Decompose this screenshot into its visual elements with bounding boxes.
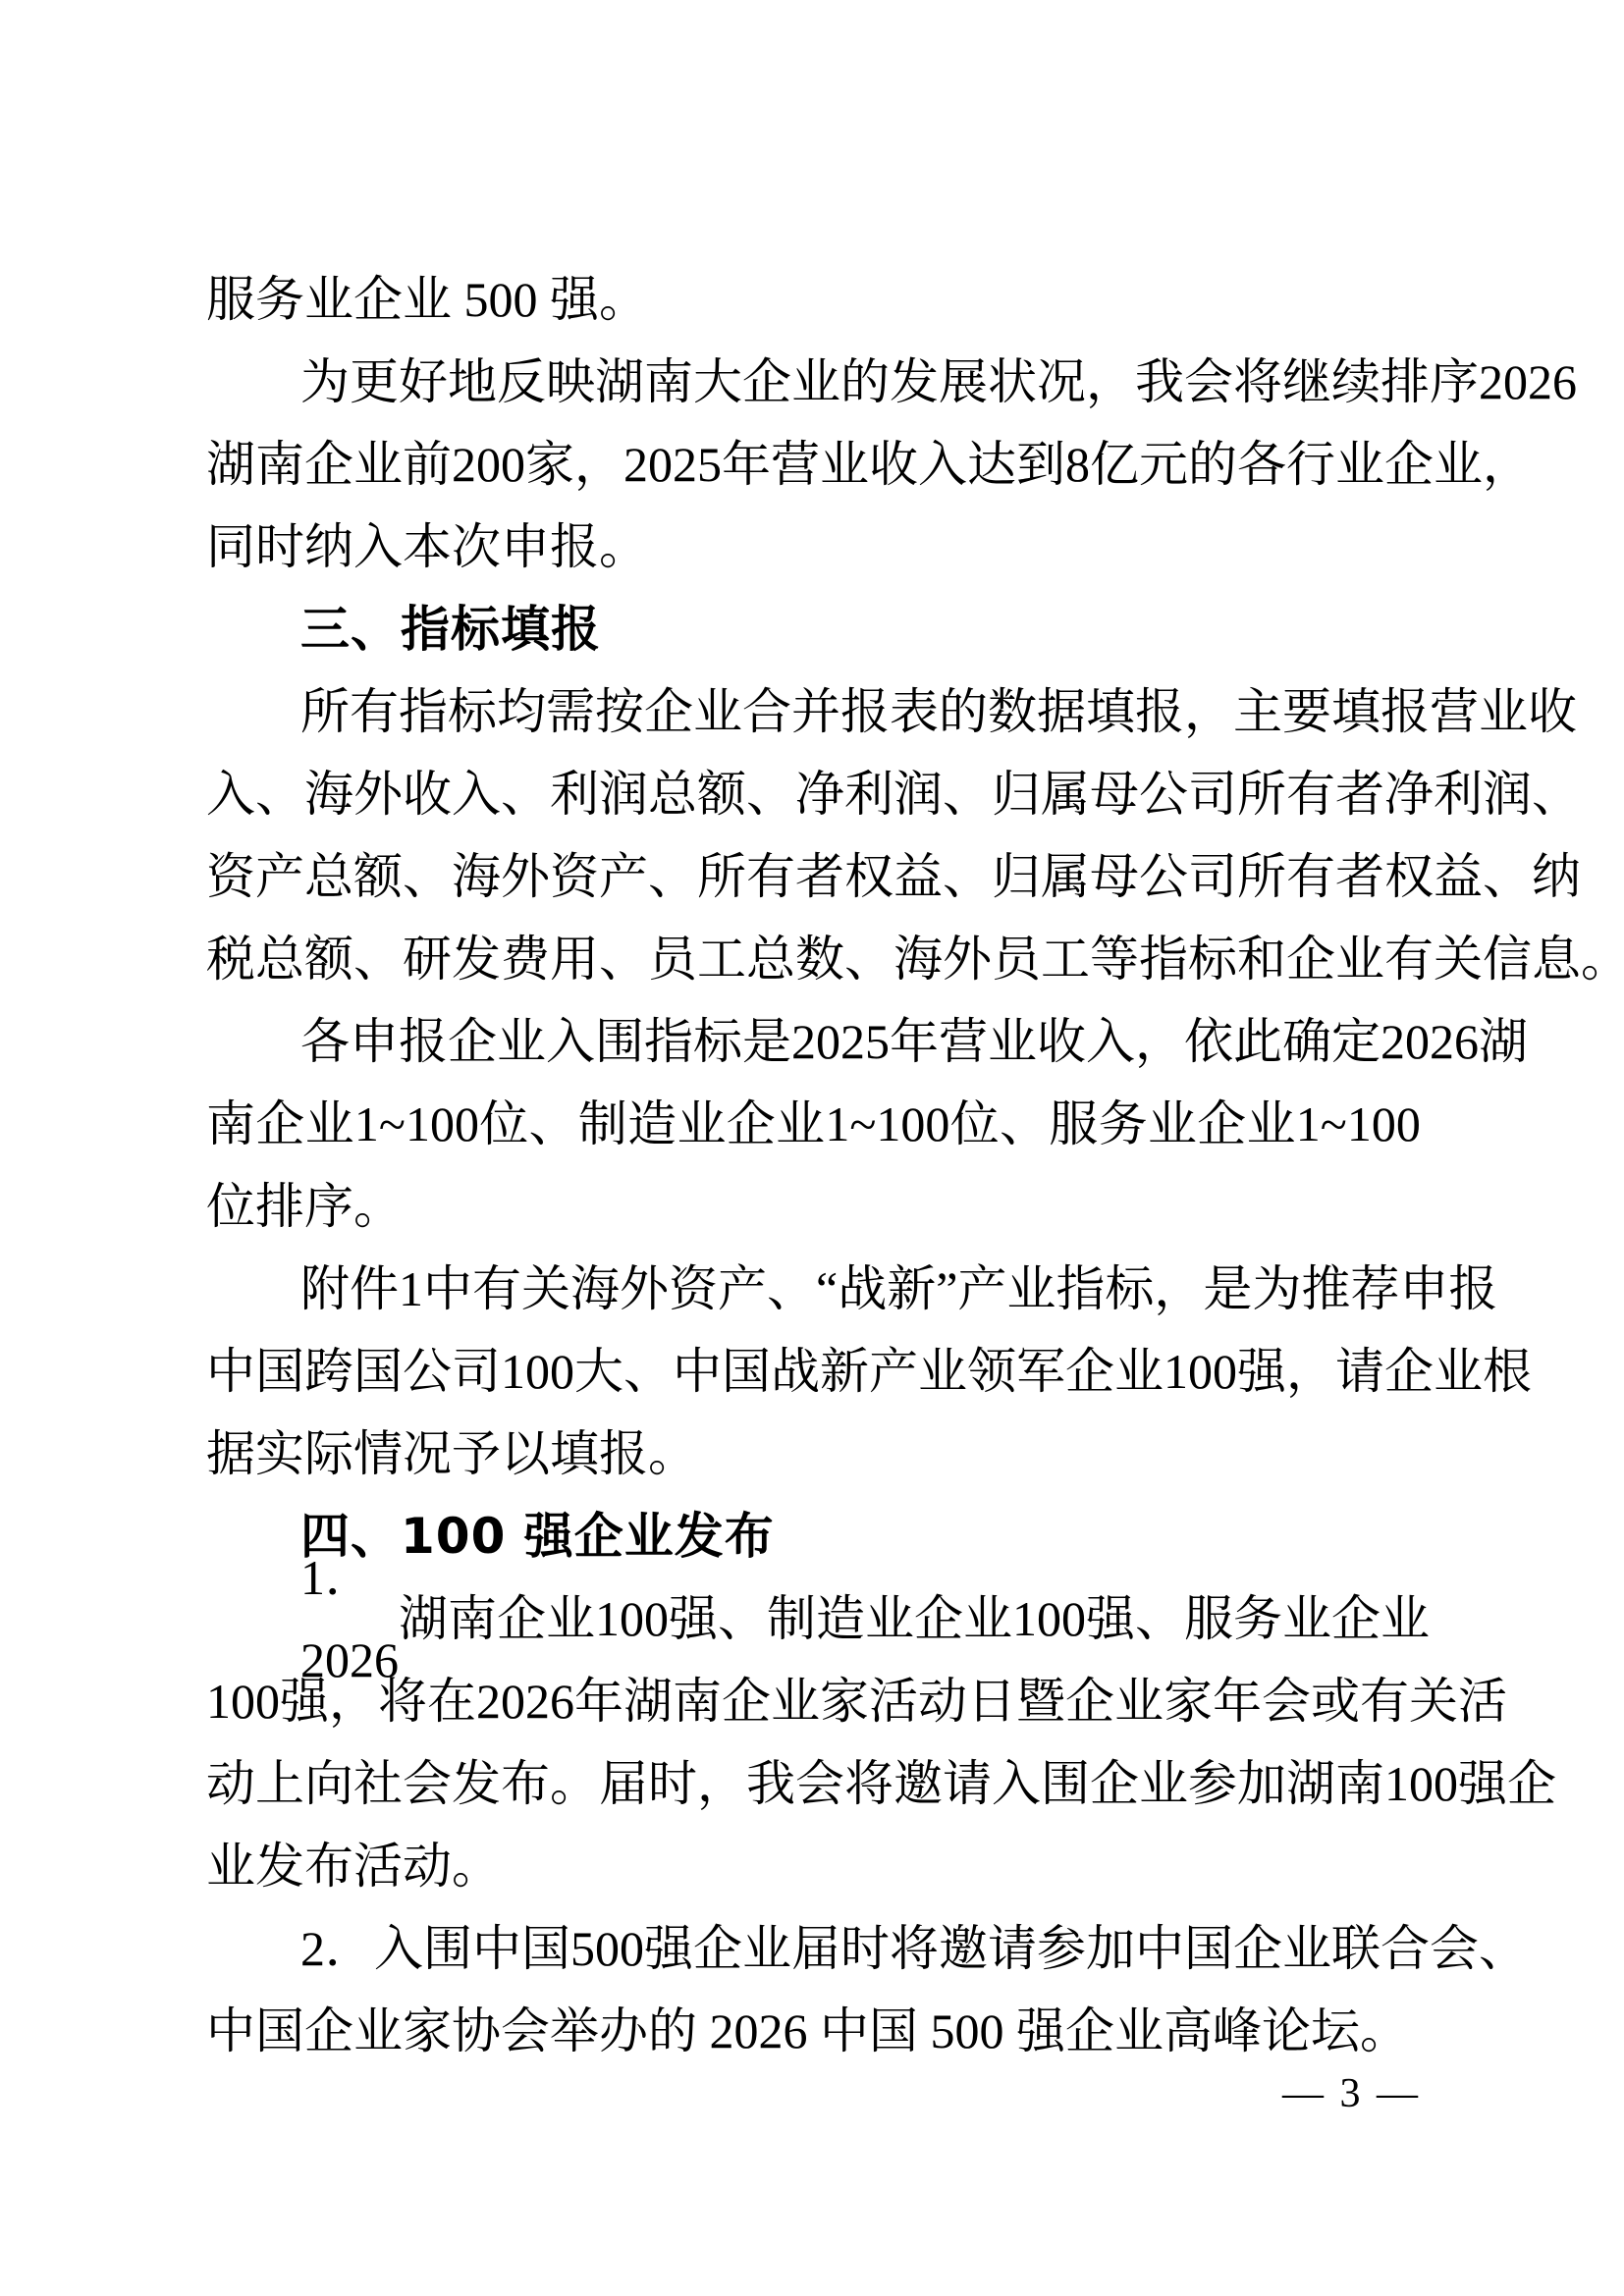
paragraph: 2．入围中国500强企业届时将邀请参加中国企业联合会、中国企业家协会举办的 20… [206,1907,1421,2072]
page-number: — 3 — [1282,2066,1421,2121]
text-line: 同时纳入本次申报。 [206,506,1421,588]
text-line: 所有指标均需按企业合并报表的数据填报，主要填报营业收 [206,670,1421,753]
text-line: 各申报企业入围指标是2025年营业收入，依此确定2026湖 [206,1000,1421,1083]
text-line: 2．入围中国500强企业届时将邀请参加中国企业联合会、 [206,1907,1421,1990]
paragraph: 为更好地反映湖南大企业的发展状况，我会将继续排序2026湖南企业前200家，20… [206,341,1421,588]
text-line: 业发布活动。 [206,1825,1421,1907]
text-line: 湖南企业前200家，2025年营业收入达到8亿元的各行业企业， [206,423,1421,506]
text-line: 服务业企业 500 强。 [206,258,1421,341]
paragraph: 1．2026湖南企业100强、制造业企业100强、服务业企业100强，将在202… [206,1577,1421,1907]
text-line: 中国企业家协会举办的 2026 中国 500 强企业高峰论坛。 [206,1990,1421,2072]
paragraph: 所有指标均需按企业合并报表的数据填报，主要填报营业收入、海外收入、利润总额、净利… [206,670,1421,1000]
text-line: 位排序。 [206,1165,1421,1248]
text-line: 中国跨国公司100大、中国战新产业领军企业100强，请企业根 [206,1330,1421,1413]
text-line: 附件1中有关海外资产、“战新”产业指标，是为推荐申报 [206,1248,1421,1330]
text-line: 为更好地反映湖南大企业的发展状况，我会将继续排序2026 [206,341,1421,423]
text-line: 据实际情况予以填报。 [206,1413,1421,1495]
text-line: 三、指标填报 [206,588,1421,670]
text-line: 入、海外收入、利润总额、净利润、归属母公司所有者净利润、 [206,753,1421,835]
document-page: 服务业企业 500 强。为更好地反映湖南大企业的发展状况，我会将继续排序2026… [0,0,1624,2296]
document-body: 服务业企业 500 强。为更好地反映湖南大企业的发展状况，我会将继续排序2026… [206,258,1421,2072]
text-line: 动上向社会发布。届时，我会将邀请入围企业参加湖南100强企 [206,1742,1421,1825]
paragraph: 附件1中有关海外资产、“战新”产业指标，是为推荐申报中国跨国公司100大、中国战… [206,1248,1421,1495]
paragraph: 服务业企业 500 强。 [206,258,1421,341]
text-line: 南企业1~100位、制造业企业1~100位、服务业企业1~100 [206,1083,1421,1165]
text-line: 资产总额、海外资产、所有者权益、归属母公司所有者权益、纳 [206,835,1421,918]
text-line: 100强，将在2026年湖南企业家活动日暨企业家年会或有关活 [206,1660,1421,1742]
text-line: 1．2026湖南企业100强、制造业企业100强、服务业企业 [206,1577,1421,1660]
text-line: 税总额、研发费用、员工总数、海外员工等指标和企业有关信息。 [206,918,1421,1000]
section-heading: 三、指标填报 [206,588,1421,670]
paragraph: 各申报企业入围指标是2025年营业收入，依此确定2026湖南企业1~100位、制… [206,1000,1421,1248]
